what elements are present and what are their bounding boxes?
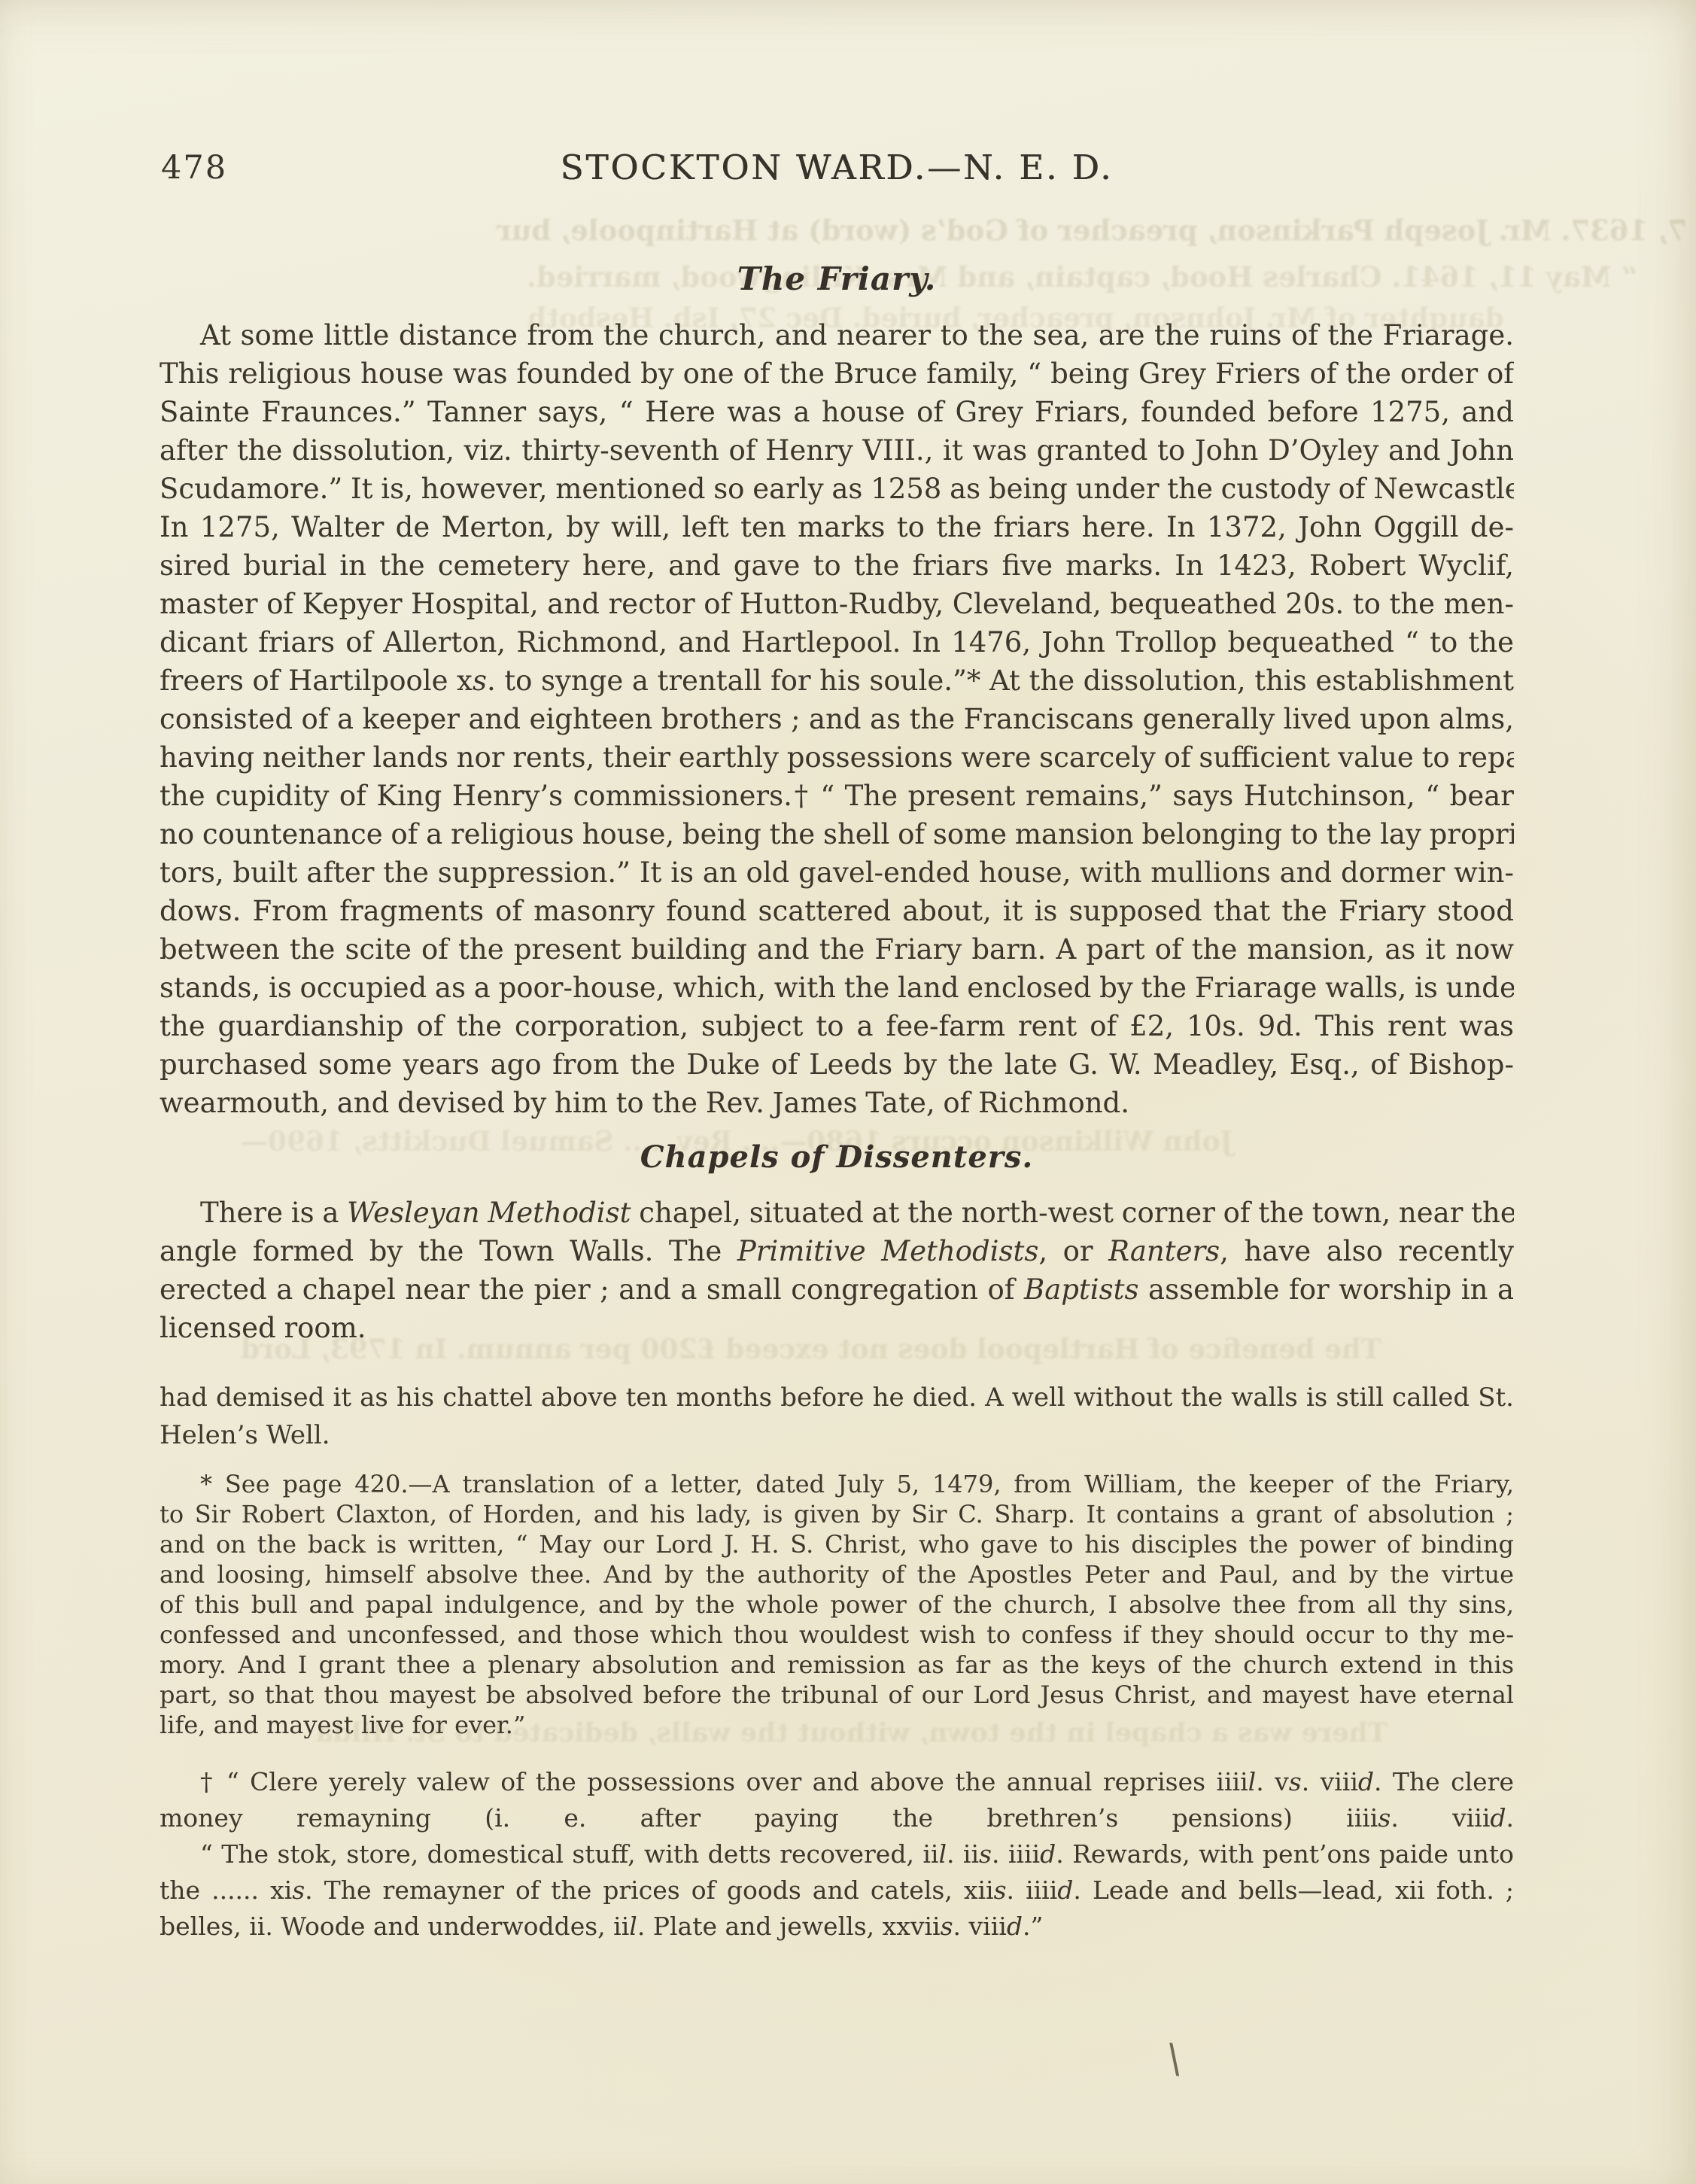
text-line: no countenance of a religious house, bei… bbox=[160, 815, 1514, 853]
text-line: There is a Wesleyan Methodist chapel, si… bbox=[160, 1194, 1514, 1232]
text-line: erected a chapel near the pier ; and a s… bbox=[160, 1270, 1514, 1309]
section-heading-chapels: Chapels of Dissenters. bbox=[160, 1139, 1514, 1175]
text-line: after the dissolution, viz. thirty-seven… bbox=[160, 431, 1514, 470]
text-line: sired burial in the cemetery here, and g… bbox=[160, 546, 1514, 585]
text-line: † “ Clere yerely valew of the possession… bbox=[160, 1764, 1514, 1800]
text-line: and loosing, himself absolve thee. And b… bbox=[160, 1559, 1514, 1589]
bleedthrough-text: “ March 7, 1637. Mr. Joseph Parkinson, p… bbox=[497, 214, 1696, 247]
text-line: confessed and unconfessed, and those whi… bbox=[160, 1620, 1514, 1650]
footnote-dagger: † “ Clere yerely valew of the possession… bbox=[160, 1764, 1514, 1945]
text-line: In 1275, Walter de Merton, by will, left… bbox=[160, 508, 1514, 546]
text-line: had demised it as his chattel above ten … bbox=[160, 1379, 1514, 1416]
text-line: This religious house was founded by one … bbox=[160, 354, 1514, 393]
text-line: master of Kepyer Hospital, and rector of… bbox=[160, 585, 1514, 623]
text-line: money remayning (i. e. after paying the … bbox=[160, 1800, 1514, 1836]
paragraph-chapels: There is a Wesleyan Methodist chapel, si… bbox=[160, 1194, 1514, 1347]
section-heading-friary: The Friary. bbox=[160, 260, 1514, 297]
text-line: belles, ii. Woode and underwoddes, iil. … bbox=[160, 1909, 1514, 1945]
text-line: Scudamore.” It is, however, mentioned so… bbox=[160, 470, 1514, 508]
footnote-continuation: had demised it as his chattel above ten … bbox=[160, 1379, 1514, 1454]
text-line: purchased some years ago from the Duke o… bbox=[160, 1045, 1514, 1084]
text-line: mory. And I grant thee a plenary absolut… bbox=[160, 1650, 1514, 1680]
text-line: the ...... xis. The remayner of the pric… bbox=[160, 1872, 1514, 1909]
book-page: “ March 7, 1637. Mr. Joseph Parkinson, p… bbox=[0, 0, 1696, 2184]
text-line: of this bull and papal indulgence, and b… bbox=[160, 1589, 1514, 1620]
text-line: “ The stok, store, domestical stuff, wit… bbox=[160, 1836, 1514, 1872]
text-line: At some little distance from the church,… bbox=[160, 316, 1514, 354]
text-line: stands, is occupied as a poor-house, whi… bbox=[160, 969, 1514, 1007]
text-line: licensed room. bbox=[160, 1309, 1514, 1347]
text-line: tors, built after the suppression.” It i… bbox=[160, 853, 1514, 892]
text-line: the guardianship of the corporation, sub… bbox=[160, 1007, 1514, 1045]
text-line: life, and mayest live for ever.” bbox=[160, 1710, 1514, 1740]
text-line: Helen’s Well. bbox=[160, 1416, 1514, 1454]
text-line: * See page 420.—A translation of a lette… bbox=[160, 1469, 1514, 1499]
text-line: freers of Hartilpoole xs. to synge a tre… bbox=[160, 662, 1514, 700]
text-line: having neither lands nor rents, their ea… bbox=[160, 738, 1514, 777]
footnote-star: * See page 420.—A translation of a lette… bbox=[160, 1469, 1514, 1740]
text-line: between the scite of the present buildin… bbox=[160, 930, 1514, 969]
text-line: consisted of a keeper and eighteen broth… bbox=[160, 700, 1514, 738]
text-line: wearmouth, and devised by him to the Rev… bbox=[160, 1084, 1514, 1122]
text-line: the cupidity of King Henry’s commissione… bbox=[160, 777, 1514, 815]
text-line: to Sir Robert Claxton, of Horden, and hi… bbox=[160, 1499, 1514, 1529]
paragraph-friary: At some little distance from the church,… bbox=[160, 316, 1514, 1122]
text-line: Sainte Fraunces.” Tanner says, “ Here wa… bbox=[160, 393, 1514, 431]
text-line: and on the back is written, “ May our Lo… bbox=[160, 1529, 1514, 1559]
text-line: part, so that thou mayest be absolved be… bbox=[160, 1680, 1514, 1710]
text-line: dows. From fragments of masonry found sc… bbox=[160, 892, 1514, 930]
text-line: dicant friars of Allerton, Richmond, and… bbox=[160, 623, 1514, 662]
running-title: STOCKTON WARD.—N. E. D. bbox=[160, 148, 1514, 187]
text-line: angle formed by the Town Walls. The Prim… bbox=[160, 1232, 1514, 1270]
stray-ink-mark: \ bbox=[1166, 2036, 1184, 2082]
page-header: 478 STOCKTON WARD.—N. E. D. bbox=[160, 148, 1514, 190]
